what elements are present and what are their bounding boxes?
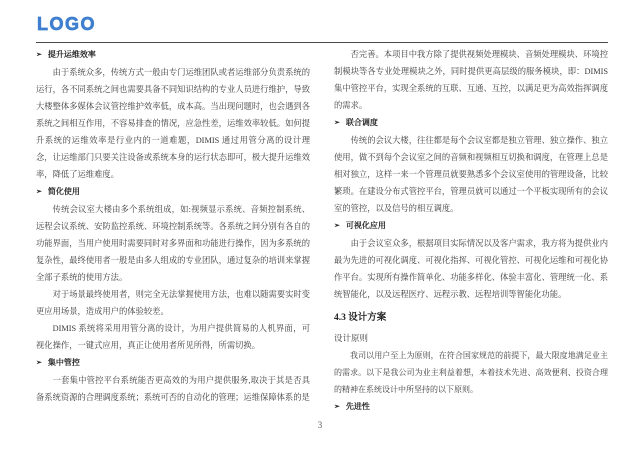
section-heading-label: 可视化应用 [346, 221, 386, 230]
paragraph: 传统的会议大楼，往往都是每个会议室都是独立管理、独立操作、独立使用，做不到每个会… [334, 132, 608, 217]
paragraph: 由于系统众多，传统方式一般由专门运维团队或者运维部分负责系统的运行，各不同系统之… [36, 64, 310, 183]
arrow-bullet-icon: ➢ [334, 399, 340, 416]
paragraph: DIMIS 系统将采用用管分离的设计，为用户提供简易的人机界面，可视化操作，一键… [36, 320, 310, 354]
section-heading-label: 简化使用 [48, 187, 80, 196]
paragraph: 我司以用户至上为原则，在符合国家规范的前提下，最大限度地满足业主的需求。以下是我… [334, 347, 608, 398]
section-heading-ops-efficiency: ➢提升运维效率 [36, 46, 310, 64]
right-column: 否完善。本项目中我方除了提供视频处理模块、音频处理模块、环境控制模块等各专业处理… [334, 46, 608, 416]
section-heading-visual-application: ➢可视化应用 [334, 217, 608, 235]
arrow-bullet-icon: ➢ [36, 355, 42, 372]
paragraph: 由于会议室众多，根据项目实际情况以及客户需求，我方将为提供业内最为先进的可视化调… [334, 235, 608, 303]
arrow-bullet-icon: ➢ [334, 115, 340, 132]
paragraph: 传统会议室大楼由多个系统组成，如:视频显示系统、音频控制系统、远程会议系统、安防… [36, 201, 310, 286]
chapter-heading-design-scheme: 4.3 设计方案 [334, 310, 608, 327]
section-heading-label: 联合调度 [346, 118, 378, 127]
header-divider [36, 42, 608, 43]
section-heading-advancement: ➢先进性 [334, 398, 608, 416]
left-column: ➢提升运维效率 由于系统众多，传统方式一般由专门运维团队或者运维部分负责系统的运… [36, 46, 310, 406]
section-heading-label: 集中管控 [48, 358, 80, 367]
company-logo: LOGO [37, 14, 96, 35]
section-heading-label: 先进性 [346, 402, 370, 411]
arrow-bullet-icon: ➢ [334, 218, 340, 235]
design-principles-label: 设计原则 [334, 330, 608, 347]
paragraph: 否完善。本项目中我方除了提供视频处理模块、音频处理模块、环境控制模块等各专业处理… [334, 46, 608, 114]
section-heading-simplify-use: ➢简化使用 [36, 183, 310, 201]
arrow-bullet-icon: ➢ [36, 47, 42, 64]
arrow-bullet-icon: ➢ [36, 184, 42, 201]
section-heading-joint-scheduling: ➢联合调度 [334, 114, 608, 132]
paragraph: 对于场景最终使用者，则完全无法掌握使用方法，也难以随需要实时变更应用场景，造成用… [36, 286, 310, 320]
section-heading-label: 提升运维效率 [48, 50, 96, 59]
page-number: 3 [0, 420, 640, 430]
document-page: LOGO ➢提升运维效率 由于系统众多，传统方式一般由专门运维团队或者运维部分负… [0, 0, 640, 453]
paragraph: 一套集中管控平台系统能否更高效的为用户提供服务,取决于其是否具备系统资源的合理调… [36, 372, 310, 406]
section-heading-central-control: ➢集中管控 [36, 354, 310, 372]
